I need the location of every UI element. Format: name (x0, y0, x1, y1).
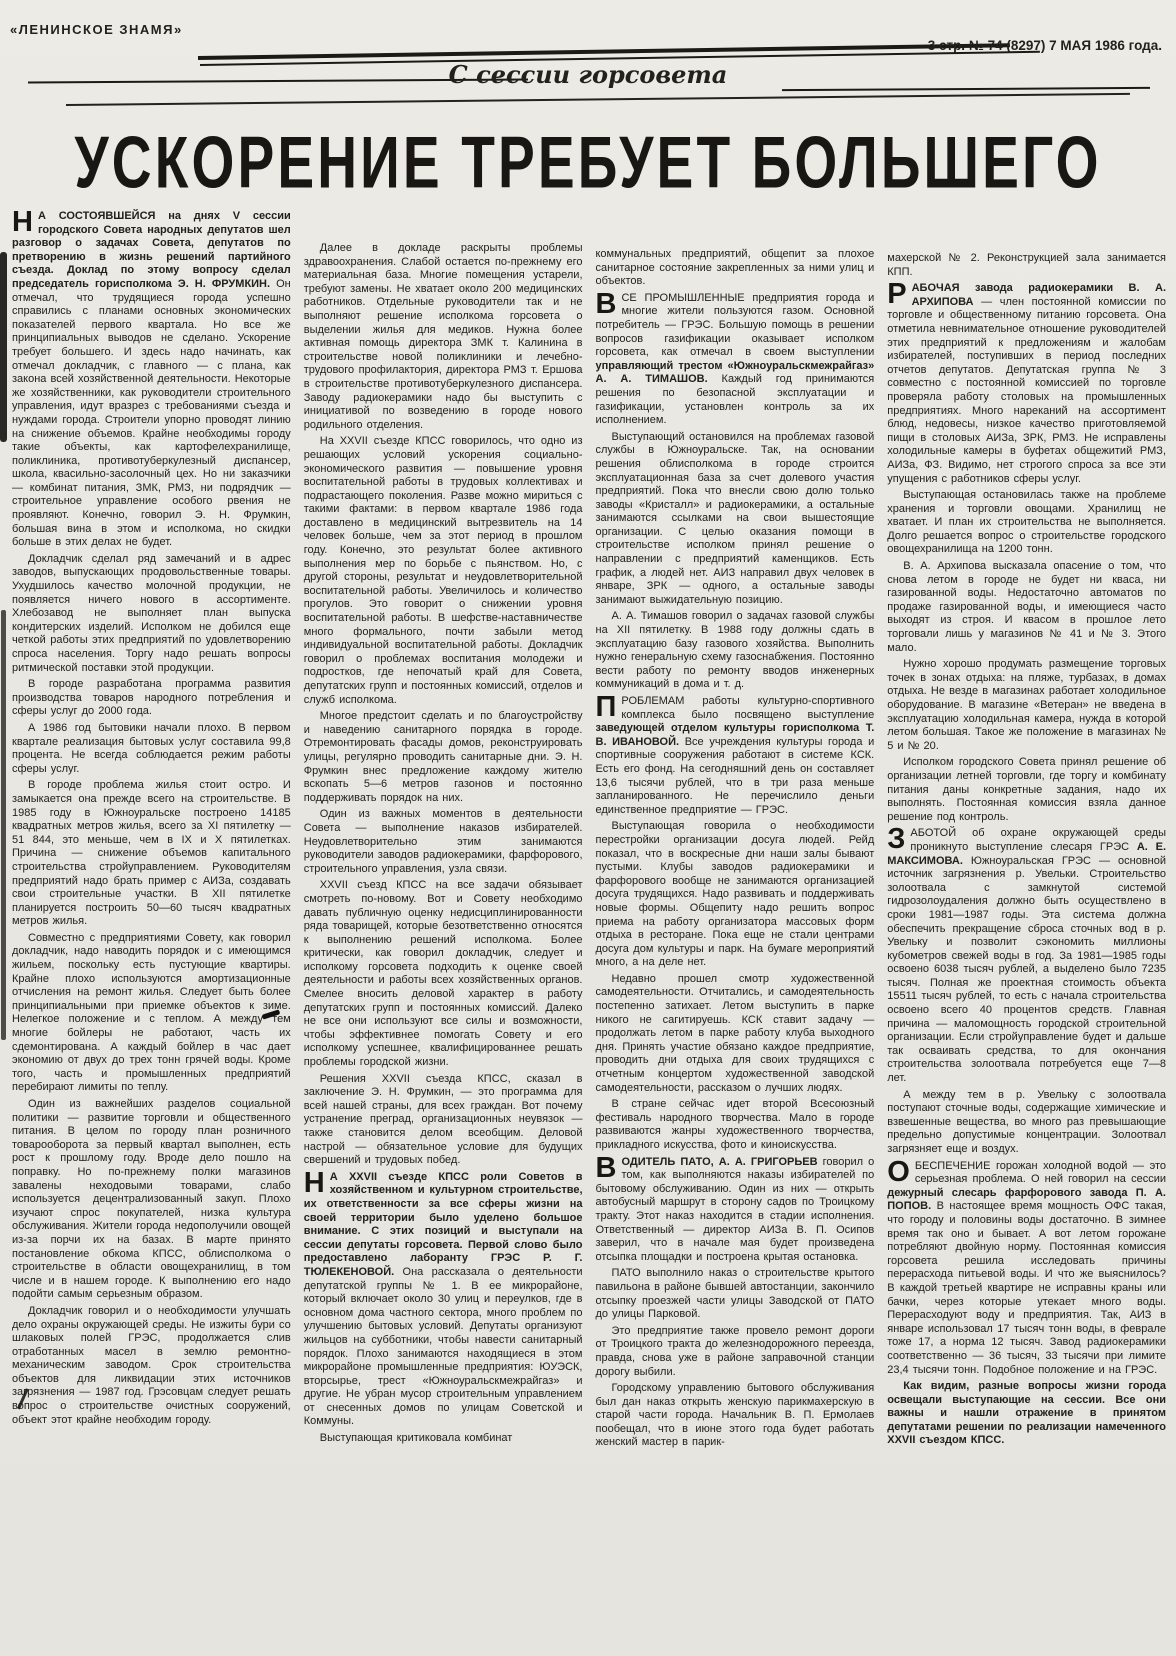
paragraph: А. А. Тимашов говорил о задачах газовой … (596, 610, 875, 692)
paragraph: В стране сейчас идет второй Всесоюзный ф… (596, 1098, 875, 1152)
paragraph: На XXVII съезде КПСС говорилось, что одн… (304, 435, 583, 707)
paragraph: Исполком городского Совета принял решени… (887, 756, 1166, 824)
dropcap-letter: П (596, 696, 617, 719)
body-text: — член постоянной комиссии по торговле и… (887, 296, 1166, 485)
dropcap-letter: В (596, 1157, 617, 1180)
dropcap-letter: Н (12, 211, 33, 234)
paragraph: Как видим, разные вопросы жизни города о… (887, 1380, 1166, 1448)
paragraph: НА СОСТОЯВШЕЙСЯ на днях V сессии городск… (12, 210, 291, 550)
article-column-3: коммунальных предприятий, общепит за пло… (596, 196, 875, 1453)
body-text: Она рассказала о деятельности депутатско… (304, 1266, 583, 1428)
paragraph: Многое предстоит сделать и по благоустро… (304, 710, 583, 805)
paragraph: Недавно прошел смотр художественной само… (596, 973, 875, 1095)
emphasis-text: А XXVII съезде КПСС роли Советов в хозяй… (304, 1171, 583, 1278)
dropcap-letter: О (887, 1161, 910, 1184)
paragraph: махерской № 2. Реконструкцией зала заним… (887, 252, 1166, 279)
masthead-title: «ЛЕНИНСКОЕ ЗНАМЯ» (10, 22, 183, 37)
body-text: XXVII съезд КПСС на все задачи обязывает… (304, 879, 583, 1068)
paragraph: Решения XXVII съезда КПСС, сказал в закл… (304, 1073, 583, 1168)
body-text: Докладчик сделал ряд замечаний и в адрес… (12, 553, 291, 674)
paragraph: В городе разработана программа развития … (12, 678, 291, 719)
paragraph: Нужно хорошо продумать размещение торгов… (887, 658, 1166, 753)
body-text: БЕСПЕЧЕНИЕ горожан холодной водой — это … (915, 1160, 1166, 1186)
section-kicker: С сессии горсовета (449, 60, 728, 89)
body-text: РОБЛЕМАМ работы культурно-спортивного ко… (621, 695, 874, 721)
headline-top-rule (66, 93, 1130, 106)
paragraph: XXVII съезд КПСС на все задачи обязывает… (304, 879, 583, 1069)
paragraph: ОБЕСПЕЧЕНИЕ горожан холодной водой — это… (887, 1160, 1166, 1378)
paragraph: ПАТО выполнило наказ о строительстве кры… (596, 1267, 875, 1321)
body-text: Городскому управлению бытового обслужива… (596, 1382, 875, 1448)
dropcap-letter: Р (887, 283, 906, 306)
body-text: Нужно хорошо продумать размещение торгов… (887, 658, 1166, 752)
article-column-4: махерской № 2. Реконструкцией зала заним… (887, 196, 1166, 1453)
kicker-rule-right (782, 87, 1150, 91)
body-text: Выступающая остановилась также на пробле… (887, 489, 1166, 555)
dropcap-letter: Н (304, 1172, 325, 1195)
body-text: В городе разработана программа развития … (12, 678, 291, 717)
body-text: Выступающая говорила о необходимости пер… (596, 820, 875, 968)
paragraph: Выступающая говорила о необходимости пер… (596, 820, 875, 970)
article-column-2: Далее в докладе раскрыты проблемы здраво… (304, 196, 583, 1453)
paragraph: РАБОЧАЯ завода радиокерамики В. А. АРХИП… (887, 282, 1166, 486)
body-text: Докладчик говорил и о необходимости улуч… (12, 1305, 291, 1426)
paragraph: НА XXVII съезде КПСС роли Советов в хозя… (304, 1171, 583, 1429)
paragraph: Выступающая остановилась также на пробле… (887, 489, 1166, 557)
dropcap-letter: В (596, 293, 617, 316)
paragraph: Докладчик сделал ряд замечаний и в адрес… (12, 553, 291, 675)
paragraph: А 1986 год бытовики начали плохо. В перв… (12, 722, 291, 776)
body-text: коммунальных предприятий, общепит за пло… (596, 248, 875, 287)
paragraph: В городе проблема жилья стоит остро. И з… (12, 779, 291, 929)
body-text: Он отмечал, что трудящиеся города успешн… (12, 278, 291, 548)
body-text: Южноуральская ГРЭС — основной источник з… (887, 855, 1166, 1085)
paragraph: ЗАБОТОЙ об охране окружающей среды прони… (887, 827, 1166, 1085)
body-text: Исполком городского Совета принял решени… (887, 756, 1166, 822)
article-headline: УСКОРЕНИЕ ТРЕБУЕТ БОЛЬШЕГО (0, 124, 1176, 204)
body-text: АБОТОЙ об охране окружающей среды проник… (910, 827, 1166, 853)
body-text: А 1986 год бытовики начали плохо. В перв… (12, 722, 291, 775)
paragraph: Докладчик говорил и о необходимости улуч… (12, 1305, 291, 1427)
body-text: Многое предстоит сделать и по благоустро… (304, 710, 583, 804)
paragraph: Совместно с предприятиями Совету, как го… (12, 932, 291, 1095)
body-text: Один из важнейших разделов социальной по… (12, 1098, 291, 1300)
emphasis-text: А СОСТОЯВШЕЙСЯ на днях V сессии городско… (12, 210, 291, 290)
paragraph: ВОДИТЕЛЬ ПАТО, А. А. ГРИГОРЬЕВ говорил о… (596, 1156, 875, 1265)
body-text: В стране сейчас идет второй Всесоюзный ф… (596, 1098, 875, 1151)
body-text: Один из важных моментов в деятельности С… (304, 808, 583, 874)
paragraph: А между тем в р. Увельку с золоотвала по… (887, 1089, 1166, 1157)
scan-artifact (1, 610, 6, 1040)
body-text: Выступающий остановился на проблемах газ… (596, 431, 875, 606)
body-text: В. А. Архипова высказала опасение о том,… (887, 560, 1166, 654)
page-info: 3 стр. № 74 (8297) 7 МАЯ 1986 года. (928, 38, 1162, 53)
scan-artifact (0, 252, 7, 442)
body-text: А. А. Тимашов говорил о задачах газовой … (596, 610, 875, 690)
dropcap-letter: З (887, 828, 905, 851)
paragraph: ПРОБЛЕМАМ работы культурно-спортивного к… (596, 695, 875, 817)
body-text: Это предприятие также провело ремонт дор… (596, 1325, 875, 1378)
article-columns: НА СОСТОЯВШЕЙСЯ на днях V сессии городск… (0, 182, 1176, 1453)
body-text: ПАТО выполнило наказ о строительстве кры… (596, 1267, 875, 1320)
body-text: Недавно прошел смотр художественной само… (596, 973, 875, 1094)
body-text: Совместно с предприятиями Совету, как го… (12, 932, 291, 1094)
paragraph: Один из важнейших разделов социальной по… (12, 1098, 291, 1302)
body-text: Далее в докладе раскрыты проблемы здраво… (304, 242, 583, 431)
paragraph: Далее в докладе раскрыты проблемы здраво… (304, 242, 583, 432)
paragraph: Выступающий остановился на проблемах газ… (596, 431, 875, 608)
page-header: «ЛЕНИНСКОЕ ЗНАМЯ» 3 стр. № 74 (8297) 7 М… (0, 0, 1176, 108)
emphasis-text: Как видим, разные вопросы жизни города о… (887, 1380, 1166, 1446)
paragraph: Это предприятие также провело ремонт дор… (596, 1325, 875, 1379)
body-text: говорил о том, как выполняются наказы из… (596, 1156, 875, 1263)
paragraph: В. А. Архипова высказала опасение о том,… (887, 560, 1166, 655)
body-text: Выступающая критиковала комбинат (320, 1432, 513, 1444)
paragraph: Один из важных моментов в деятельности С… (304, 808, 583, 876)
body-text: А между тем в р. Увельку с золоотвала по… (887, 1089, 1166, 1155)
body-text: На XXVII съезде КПСС говорилось, что одн… (304, 435, 583, 705)
paragraph: ВСЕ ПРОМЫШЛЕННЫЕ предприятия города и мн… (596, 292, 875, 428)
paragraph: Городскому управлению бытового обслужива… (596, 1382, 875, 1450)
paragraph: Выступающая критиковала комбинат (304, 1432, 583, 1446)
article-column-1: НА СОСТОЯВШЕЙСЯ на днях V сессии городск… (12, 196, 291, 1453)
body-text: СЕ ПРОМЫШЛЕННЫЕ предприятия города и мно… (596, 292, 875, 358)
paragraph: коммунальных предприятий, общепит за пло… (596, 248, 875, 289)
body-text: махерской № 2. Реконструкцией зала заним… (887, 252, 1166, 278)
body-text: В настоящее время мощность ОФС такая, чт… (887, 1200, 1166, 1375)
newspaper-page: { "masthead": { "title": "«ЛЕНИНСКОЕ ЗНА… (0, 0, 1176, 1656)
body-text: Решения XXVII съезда КПСС, сказал в закл… (304, 1073, 583, 1167)
body-text: В городе проблема жилья стоит остро. И з… (12, 779, 291, 927)
emphasis-text: ОДИТЕЛЬ ПАТО, А. А. ГРИГОРЬЕВ (621, 1156, 822, 1168)
